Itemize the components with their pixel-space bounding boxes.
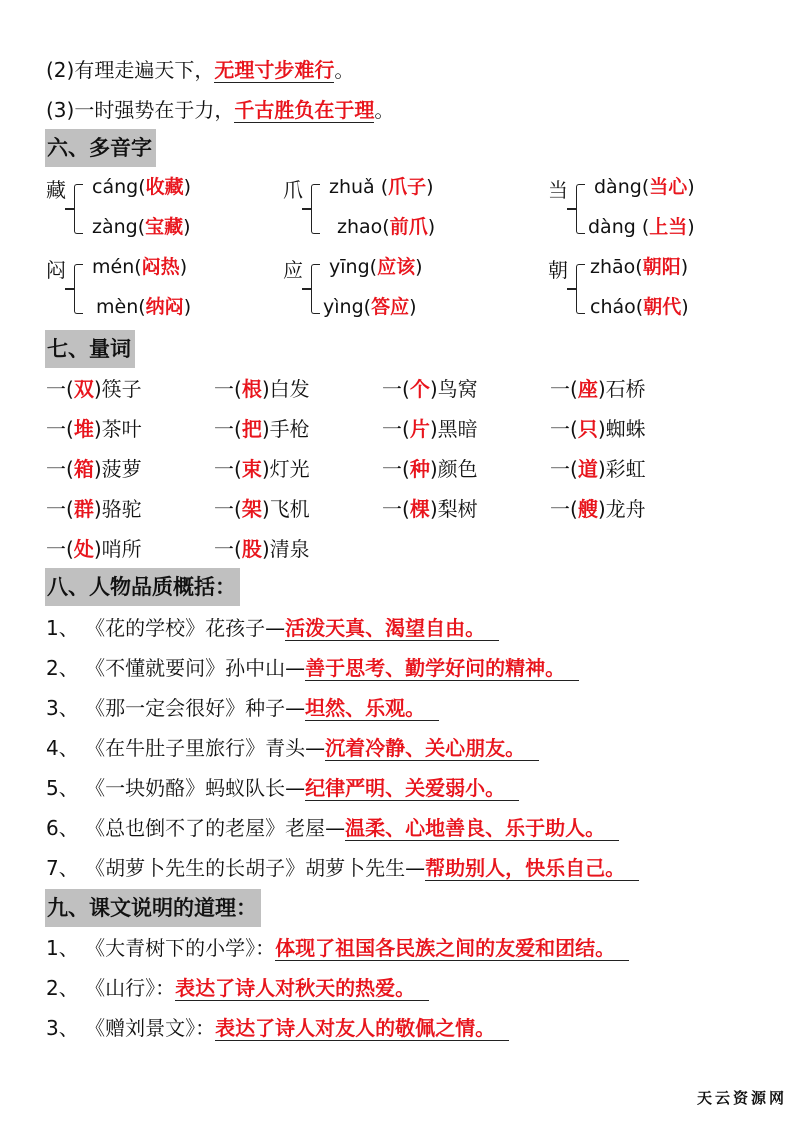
item-number: 5、: [46, 776, 79, 800]
measure-word-item: 一(堆)茶叶: [46, 409, 142, 449]
proverb-prefix: 一时强势在于力，: [74, 98, 234, 122]
measure-word-item: 一(箱)菠萝: [46, 449, 142, 489]
item-number: 3、: [46, 696, 79, 720]
measure-word: 片: [410, 417, 430, 441]
measure-word-item: 一(束)灯光: [214, 449, 310, 489]
noun: 黑暗: [438, 417, 478, 441]
item-number: (3): [46, 98, 74, 122]
punctuation: 。: [374, 98, 394, 122]
measure-word-item: 一(片)黑暗: [382, 409, 478, 449]
reading: zhāo(朝阳): [590, 252, 688, 279]
one-prefix: 一: [214, 377, 234, 401]
answer: 坦然、乐观。: [305, 696, 439, 721]
measure-word: 棵: [410, 497, 430, 521]
noun: 哨所: [102, 537, 142, 561]
list-item: 7、 《胡萝卜先生的长胡子》胡萝卜先生—帮助别人，快乐自己。: [46, 848, 639, 888]
reading: mén(闷热): [92, 252, 187, 279]
noun: 灯光: [270, 457, 310, 481]
section-heading-measure-words: 七、量词: [45, 330, 135, 368]
one-prefix: 一: [46, 377, 66, 401]
polyphonic-char: 应: [283, 254, 303, 283]
list-item: 4、 《在牛肚子里旅行》青头—沉着冷静、关心朋友。: [46, 728, 539, 768]
measure-word: 箱: [74, 457, 94, 481]
measure-word: 堆: [74, 417, 94, 441]
measure-word-item: 一(艘)龙舟: [550, 489, 646, 529]
one-prefix: 一: [550, 417, 570, 441]
section-heading-lessons: 九、课文说明的道理：: [45, 889, 261, 927]
one-prefix: 一: [550, 497, 570, 521]
one-prefix: 一: [550, 377, 570, 401]
reading: zhao(前爪): [337, 212, 435, 239]
measure-word-item: 一(棵)梨树: [382, 489, 478, 529]
one-prefix: 一: [46, 537, 66, 561]
one-prefix: 一: [214, 457, 234, 481]
noun: 飞机: [270, 497, 310, 521]
measure-word: 群: [74, 497, 94, 521]
one-prefix: 一: [382, 497, 402, 521]
reading: mèn(纳闷): [96, 292, 191, 319]
measure-word: 道: [578, 457, 598, 481]
measure-word-item: 一(股)清泉: [214, 529, 310, 569]
measure-word: 架: [242, 497, 262, 521]
noun: 蜘蛛: [606, 417, 646, 441]
proverb-answer: 千古胜负在于理: [234, 98, 374, 123]
reading: yīng(应该): [329, 252, 423, 279]
item-number: 4、: [46, 736, 79, 760]
measure-word-item: 一(双)筷子: [46, 369, 142, 409]
noun: 茶叶: [102, 417, 142, 441]
section-heading-character-qualities: 八、人物品质概括：: [45, 568, 240, 606]
answer: 温柔、心地善良、乐于助人。: [345, 816, 619, 841]
reading: cháo(朝代): [590, 292, 689, 319]
watermark: 天云资源网: [697, 1087, 787, 1108]
brace-icon: [311, 184, 320, 234]
noun: 白发: [270, 377, 310, 401]
reading: cáng(收藏): [92, 172, 191, 199]
answer: 帮助别人，快乐自己。: [425, 856, 639, 881]
list-item: 1、 《花的学校》花孩子—活泼天真、渴望自由。: [46, 608, 499, 648]
noun: 手枪: [270, 417, 310, 441]
item-number: 3、: [46, 1016, 79, 1040]
list-item: 2、 《山行》：表达了诗人对秋天的热爱。: [46, 968, 429, 1008]
item-number: 6、: [46, 816, 79, 840]
section-heading-polyphonic: 六、多音字: [45, 129, 156, 167]
measure-word: 根: [242, 377, 262, 401]
list-item: 5、 《一块奶酪》蚂蚁队长—纪律严明、关爱弱小。: [46, 768, 519, 808]
item-text: 《那一定会很好》种子—: [85, 696, 305, 720]
item-text: 《花的学校》花孩子—: [85, 616, 285, 640]
noun: 鸟窝: [438, 377, 478, 401]
proverb-answer: 无理寸步难行: [214, 58, 334, 83]
proverb-prefix: 有理走遍天下，: [74, 58, 214, 82]
one-prefix: 一: [550, 457, 570, 481]
noun: 清泉: [270, 537, 310, 561]
proverb-line-2: (2)有理走遍天下，无理寸步难行。: [46, 50, 354, 90]
item-number: 1、: [46, 936, 79, 960]
measure-word: 束: [242, 457, 262, 481]
list-item: 3、 《那一定会很好》种子—坦然、乐观。: [46, 688, 439, 728]
polyphonic-char: 爪: [283, 174, 303, 203]
measure-word-item: 一(只)蜘蛛: [550, 409, 646, 449]
answer: 表达了诗人对友人的敬佩之情。: [215, 1016, 509, 1041]
noun: 菠萝: [102, 457, 142, 481]
one-prefix: 一: [46, 497, 66, 521]
brace-icon: [311, 264, 320, 314]
measure-word: 股: [242, 537, 262, 561]
item-text: 《胡萝卜先生的长胡子》胡萝卜先生—: [85, 856, 425, 880]
polyphonic-item: 朝 zhāo(朝阳) cháo(朝代): [548, 248, 788, 328]
one-prefix: 一: [382, 457, 402, 481]
noun: 梨树: [438, 497, 478, 521]
polyphonic-item: 应 yīng(应该) yìng(答应): [283, 248, 523, 328]
one-prefix: 一: [214, 537, 234, 561]
measure-word-item: 一(处)哨所: [46, 529, 142, 569]
list-item: 3、 《赠刘景文》：表达了诗人对友人的敬佩之情。: [46, 1008, 509, 1048]
noun: 彩虹: [606, 457, 646, 481]
noun: 颜色: [438, 457, 478, 481]
list-item: 1、 《大青树下的小学》：体现了祖国各民族之间的友爱和团结。: [46, 928, 629, 968]
item-text: 《不懂就要问》孙中山—: [85, 656, 305, 680]
item-text: 《山行》：: [85, 976, 175, 1000]
item-text: 《总也倒不了的老屋》老屋—: [85, 816, 345, 840]
measure-word: 处: [74, 537, 94, 561]
measure-word-item: 一(个)鸟窝: [382, 369, 478, 409]
polyphonic-item: 闷 mén(闷热) mèn(纳闷): [46, 248, 286, 328]
one-prefix: 一: [46, 417, 66, 441]
measure-word-item: 一(种)颜色: [382, 449, 478, 489]
noun: 骆驼: [102, 497, 142, 521]
reading: dàng (上当): [588, 212, 695, 239]
one-prefix: 一: [214, 497, 234, 521]
polyphonic-char: 当: [548, 174, 568, 203]
measure-word: 座: [578, 377, 598, 401]
measure-word: 双: [74, 377, 94, 401]
answer: 纪律严明、关爱弱小。: [305, 776, 519, 801]
reading: zhuǎ (爪子): [329, 172, 434, 199]
punctuation: 。: [334, 58, 354, 82]
brace-icon: [576, 184, 585, 234]
answer: 表达了诗人对秋天的热爱。: [175, 976, 429, 1001]
item-number: 7、: [46, 856, 79, 880]
item-number: (2): [46, 58, 74, 82]
polyphonic-char: 闷: [46, 254, 66, 283]
answer: 活泼天真、渴望自由。: [285, 616, 499, 641]
measure-word-item: 一(根)白发: [214, 369, 310, 409]
noun: 石桥: [606, 377, 646, 401]
reading: dàng(当心): [594, 172, 695, 199]
measure-word: 个: [410, 377, 430, 401]
list-item: 6、 《总也倒不了的老屋》老屋—温柔、心地善良、乐于助人。: [46, 808, 619, 848]
brace-icon: [576, 264, 585, 314]
polyphonic-char: 朝: [548, 254, 568, 283]
answer: 善于思考、勤学好问的精神。: [305, 656, 579, 681]
polyphonic-item: 爪 zhuǎ (爪子) zhao(前爪): [283, 168, 523, 248]
measure-word: 把: [242, 417, 262, 441]
measure-word: 艘: [578, 497, 598, 521]
polyphonic-item: 当 dàng(当心) dàng (上当): [548, 168, 788, 248]
measure-word-item: 一(架)飞机: [214, 489, 310, 529]
item-text: 《赠刘景文》：: [85, 1016, 215, 1040]
measure-word-item: 一(群)骆驼: [46, 489, 142, 529]
measure-word: 种: [410, 457, 430, 481]
measure-word-item: 一(座)石桥: [550, 369, 646, 409]
answer: 沉着冷静、关心朋友。: [325, 736, 539, 761]
one-prefix: 一: [382, 377, 402, 401]
one-prefix: 一: [382, 417, 402, 441]
one-prefix: 一: [214, 417, 234, 441]
item-text: 《大青树下的小学》：: [85, 936, 275, 960]
brace-icon: [74, 264, 83, 314]
noun: 龙舟: [606, 497, 646, 521]
measure-word: 只: [578, 417, 598, 441]
measure-word-item: 一(道)彩虹: [550, 449, 646, 489]
brace-icon: [74, 184, 83, 234]
reading: yìng(答应): [323, 292, 417, 319]
item-text: 《在牛肚子里旅行》青头—: [85, 736, 325, 760]
polyphonic-char: 藏: [46, 174, 66, 203]
reading: zàng(宝藏): [92, 212, 191, 239]
list-item: 2、 《不懂就要问》孙中山—善于思考、勤学好问的精神。: [46, 648, 579, 688]
measure-word-item: 一(把)手枪: [214, 409, 310, 449]
proverb-line-3: (3)一时强势在于力，千古胜负在于理。: [46, 90, 394, 130]
item-number: 2、: [46, 656, 79, 680]
item-number: 1、: [46, 616, 79, 640]
answer: 体现了祖国各民族之间的友爱和团结。: [275, 936, 629, 961]
polyphonic-item: 藏 cáng(收藏) zàng(宝藏): [46, 168, 286, 248]
one-prefix: 一: [46, 457, 66, 481]
noun: 筷子: [102, 377, 142, 401]
item-text: 《一块奶酪》蚂蚁队长—: [85, 776, 305, 800]
item-number: 2、: [46, 976, 79, 1000]
